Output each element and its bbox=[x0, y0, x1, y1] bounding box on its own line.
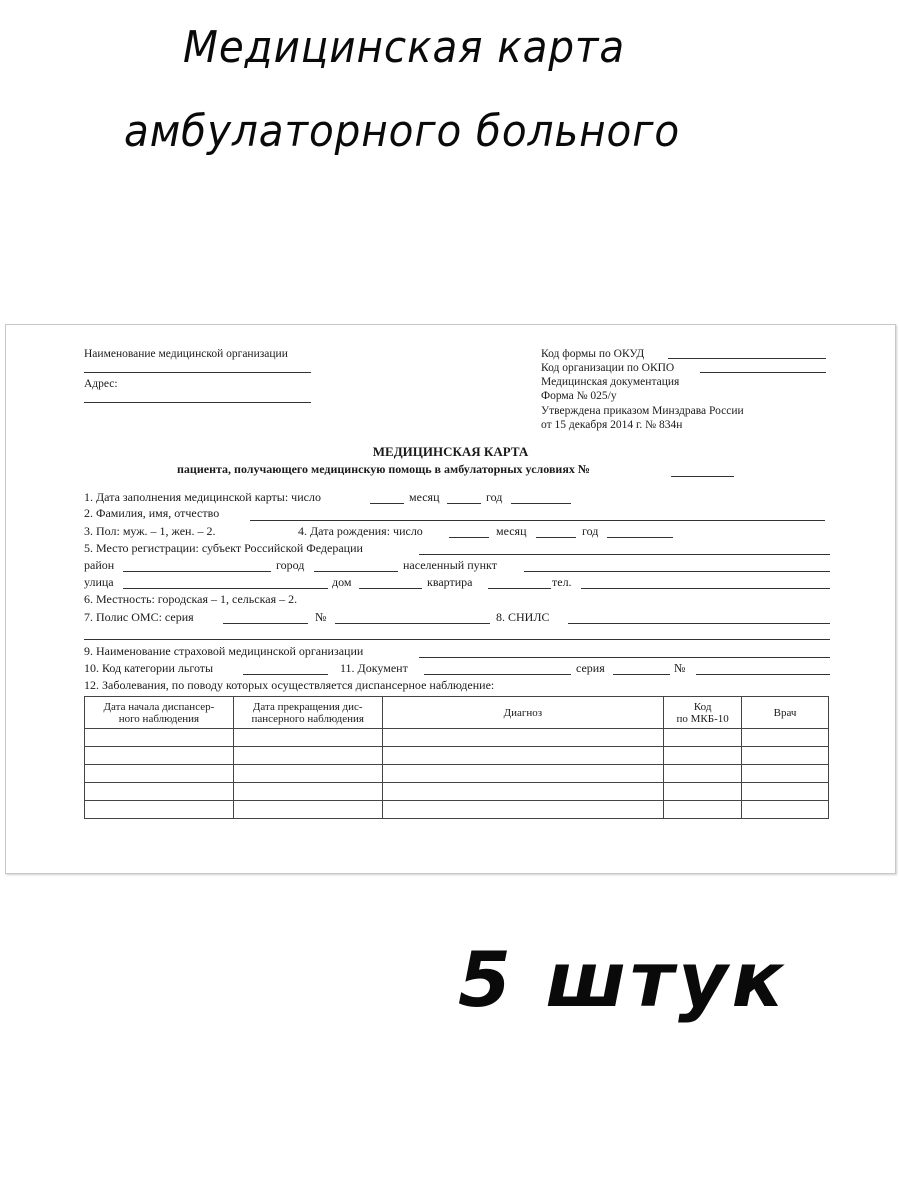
banner-title-line1: Медицинская карта bbox=[183, 22, 625, 73]
table-cell[interactable] bbox=[664, 801, 742, 819]
birth-day-line[interactable] bbox=[449, 537, 489, 538]
fill-month-line[interactable] bbox=[447, 503, 481, 504]
snils-line[interactable] bbox=[568, 623, 830, 624]
banner-title-line2: амбулаторного больного bbox=[124, 106, 680, 157]
sex-label: 3. Пол: муж. – 1, жен. – 2. bbox=[84, 524, 215, 538]
fill-day-line[interactable] bbox=[370, 503, 404, 504]
table-row bbox=[85, 801, 829, 819]
fill-year-line[interactable] bbox=[511, 503, 571, 504]
table-cell[interactable] bbox=[382, 747, 664, 765]
table-cell[interactable] bbox=[382, 783, 664, 801]
document-series-label: серия bbox=[576, 661, 605, 675]
col-doctor: Врач bbox=[742, 697, 829, 729]
apartment-line[interactable] bbox=[488, 588, 551, 589]
okpo-label: Код организации по ОКПО bbox=[541, 361, 674, 375]
approved-by: Утверждена приказом Минздрава России bbox=[541, 404, 744, 418]
form-title: МЕДИЦИНСКАЯ КАРТА bbox=[6, 444, 895, 460]
document-number-line[interactable] bbox=[696, 674, 830, 675]
fill-year-label: год bbox=[486, 490, 502, 504]
fill-month-label: месяц bbox=[409, 490, 440, 504]
full-name-line[interactable] bbox=[250, 520, 825, 521]
settlement-label: населенный пункт bbox=[403, 558, 497, 572]
table-cell[interactable] bbox=[233, 729, 382, 747]
doc-type: Медицинская документация bbox=[541, 375, 679, 389]
form-subtitle: пациента, получающего медицинскую помощь… bbox=[177, 462, 590, 476]
table-cell[interactable] bbox=[233, 747, 382, 765]
col-icd-code: Код по МКБ-10 bbox=[664, 697, 742, 729]
birth-year-line[interactable] bbox=[607, 537, 673, 538]
okpo-line[interactable] bbox=[700, 372, 826, 373]
dispensary-label: 12. Заболевания, по поводу которых осуще… bbox=[84, 678, 494, 692]
col-end-date: Дата прекращения дис- пансерного наблюде… bbox=[233, 697, 382, 729]
table-cell[interactable] bbox=[85, 801, 234, 819]
table-row bbox=[85, 765, 829, 783]
benefit-code-label: 10. Код категории льготы bbox=[84, 661, 213, 675]
dispensary-table: Дата начала диспансер- ного наблюдения Д… bbox=[84, 696, 829, 819]
extra-line[interactable] bbox=[84, 639, 830, 640]
street-line[interactable] bbox=[123, 588, 328, 589]
house-line[interactable] bbox=[359, 588, 422, 589]
document-number-label: № bbox=[674, 661, 685, 675]
table-cell[interactable] bbox=[742, 765, 829, 783]
benefit-code-line[interactable] bbox=[243, 674, 328, 675]
table-cell[interactable] bbox=[382, 729, 664, 747]
table-cell[interactable] bbox=[664, 729, 742, 747]
table-cell[interactable] bbox=[233, 783, 382, 801]
table-cell[interactable] bbox=[233, 765, 382, 783]
okud-line[interactable] bbox=[668, 358, 826, 359]
table-cell[interactable] bbox=[664, 747, 742, 765]
policy-number-line[interactable] bbox=[335, 623, 490, 624]
col-end-date-label: Дата прекращения дис- пансерного наблюде… bbox=[251, 701, 363, 725]
policy-series-line[interactable] bbox=[223, 623, 308, 624]
birth-month-label: месяц bbox=[496, 524, 527, 538]
house-label: дом bbox=[332, 575, 351, 589]
table-cell[interactable] bbox=[85, 783, 234, 801]
insurer-label: 9. Наименование страховой медицинской ор… bbox=[84, 644, 363, 658]
city-label: город bbox=[276, 558, 304, 572]
apartment-label: квартира bbox=[427, 575, 473, 589]
table-cell[interactable] bbox=[85, 729, 234, 747]
phone-line[interactable] bbox=[581, 588, 830, 589]
table-row bbox=[85, 729, 829, 747]
phone-label: тел. bbox=[552, 575, 572, 589]
full-name-label: 2. Фамилия, имя, отчество bbox=[84, 506, 219, 520]
table-row bbox=[85, 747, 829, 765]
region-line[interactable] bbox=[419, 554, 830, 555]
col-icd-code-label: Код по МКБ-10 bbox=[677, 701, 729, 725]
col-start-date-label: Дата начала диспансер- ного наблюдения bbox=[104, 701, 215, 725]
district-label: район bbox=[84, 558, 114, 572]
street-label: улица bbox=[84, 575, 114, 589]
table-cell[interactable] bbox=[664, 783, 742, 801]
settlement-line[interactable] bbox=[524, 571, 830, 572]
table-cell[interactable] bbox=[382, 801, 664, 819]
org-name-line[interactable] bbox=[84, 372, 311, 373]
snils-label: 8. СНИЛС bbox=[496, 610, 549, 624]
col-diagnosis: Диагноз bbox=[382, 697, 664, 729]
order-ref: от 15 декабря 2014 г. № 834н bbox=[541, 418, 682, 432]
address-label: Адрес: bbox=[84, 377, 118, 391]
registration-label: 5. Место регистрации: субъект Российской… bbox=[84, 541, 363, 555]
col-start-date: Дата начала диспансер- ного наблюдения bbox=[85, 697, 234, 729]
document-label: 11. Документ bbox=[340, 661, 408, 675]
policy-number-label: № bbox=[315, 610, 326, 624]
table-cell[interactable] bbox=[233, 801, 382, 819]
table-header-row: Дата начала диспансер- ного наблюдения Д… bbox=[85, 697, 829, 729]
district-line[interactable] bbox=[123, 571, 271, 572]
table-cell[interactable] bbox=[742, 747, 829, 765]
address-line[interactable] bbox=[84, 402, 311, 403]
table-cell[interactable] bbox=[664, 765, 742, 783]
birth-month-line[interactable] bbox=[536, 537, 576, 538]
col-doctor-label: Врач bbox=[774, 707, 797, 719]
table-cell[interactable] bbox=[742, 729, 829, 747]
insurer-line[interactable] bbox=[419, 657, 830, 658]
fill-date-label: 1. Дата заполнения медицинской карты: чи… bbox=[84, 490, 321, 504]
locality-label: 6. Местность: городская – 1, сельская – … bbox=[84, 592, 297, 606]
birth-year-label: год bbox=[582, 524, 598, 538]
form-number: Форма № 025/у bbox=[541, 389, 617, 403]
table-row bbox=[85, 783, 829, 801]
form-sheet: Наименование медицинской организации Адр… bbox=[5, 324, 896, 874]
table-cell[interactable] bbox=[85, 747, 234, 765]
org-name-label: Наименование медицинской организации bbox=[84, 347, 288, 361]
table-cell[interactable] bbox=[382, 765, 664, 783]
document-series-line[interactable] bbox=[613, 674, 670, 675]
col-diagnosis-label: Диагноз bbox=[504, 707, 543, 719]
table-cell[interactable] bbox=[742, 783, 829, 801]
table-cell[interactable] bbox=[742, 801, 829, 819]
document-line[interactable] bbox=[424, 674, 571, 675]
city-line[interactable] bbox=[314, 571, 398, 572]
okud-label: Код формы по ОКУД bbox=[541, 347, 644, 361]
policy-label: 7. Полис ОМС: серия bbox=[84, 610, 194, 624]
birth-date-label: 4. Дата рождения: число bbox=[298, 524, 423, 538]
quantity-label: 5 штук bbox=[458, 935, 787, 1024]
table-cell[interactable] bbox=[85, 765, 234, 783]
card-number-line[interactable] bbox=[671, 476, 734, 477]
